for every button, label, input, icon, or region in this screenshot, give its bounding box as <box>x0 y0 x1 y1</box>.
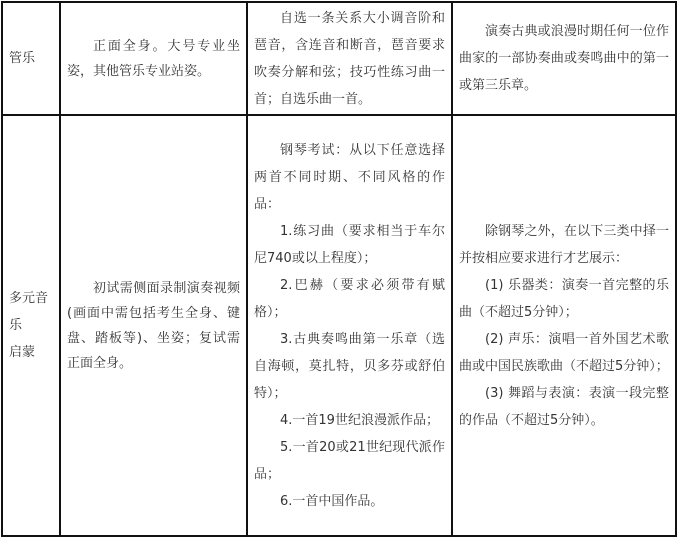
repertoire-item-1: 1.练习曲（要求相当于车尔尼740或以上程度）； <box>254 218 445 272</box>
talent-show-intro: 除钢琴之外，在以下三类中择一并按相应要求进行才艺展示： <box>459 218 669 272</box>
exam-requirements-table: 管乐 正面全身。大号专业坐姿，其他管乐专业站姿。 自选一条关系大小调音阶和琶音，… <box>1 1 677 537</box>
category-cell: 多元音 乐 启蒙 <box>2 115 60 536</box>
document-frame: 管乐 正面全身。大号专业坐姿，其他管乐专业站姿。 自选一条关系大小调音阶和琶音，… <box>0 0 677 538</box>
additional-requirements-cell: 除钢琴之外，在以下三类中择一并按相应要求进行才艺展示： (1) 乐器类：演奏一首… <box>452 115 676 536</box>
category-label-line-2: 乐 <box>9 312 53 339</box>
repertoire-item-3: 3.古典奏鸣曲第一乐章（选自海顿，莫扎特，贝多芬或舒伯特）； <box>254 326 445 407</box>
talent-option-vocal: (2) 声乐：演唱一首外国艺术歌曲或中国民族歌曲（不超过5分钟）； <box>459 326 669 380</box>
repertoire-item-2: 2.巴赫（要求必须带有赋格）； <box>254 272 445 326</box>
repertoire-cell: 自选一条关系大小调音阶和琶音，含连音和断音，琶音要求吹奏分解和弦；技巧性练习曲一… <box>247 2 452 115</box>
repertoire-text: 自选一条关系大小调音阶和琶音，含连音和断音，琶音要求吹奏分解和弦；技巧性练习曲一… <box>254 5 445 113</box>
talent-option-instrument: (1) 乐器类：演奏一首完整的乐曲（不超过5分钟）； <box>459 272 669 326</box>
category-label-line-1: 多元音 <box>9 285 53 312</box>
video-requirements-text: 初试需侧面录制演奏视频(画面中需包括考生全身、键盘、踏板等)、坐姿；复试需正面全… <box>67 276 240 376</box>
talent-option-dance: (3) 舞蹈与表演：表演一段完整的作品（不超过5分钟）。 <box>459 380 669 434</box>
category-cell: 管乐 <box>2 2 60 115</box>
video-requirements-text: 正面全身。大号专业坐姿，其他管乐专业站姿。 <box>67 34 240 84</box>
category-label: 管乐 <box>9 45 53 72</box>
repertoire-cell: 钢琴考试：从以下任意选择两首不同时期、不同风格的作品： 1.练习曲（要求相当于车… <box>247 115 452 536</box>
repertoire-item-4: 4.一首19世纪浪漫派作品； <box>254 407 445 434</box>
additional-requirements-text: 演奏古典或浪漫时期任何一位作曲家的一部协奏曲或奏鸣曲中的第一或第三乐章。 <box>459 18 669 99</box>
repertoire-item-6: 6.一首中国作品。 <box>254 488 445 515</box>
table-row-multicultural-music: 多元音 乐 启蒙 初试需侧面录制演奏视频(画面中需包括考生全身、键盘、踏板等)、… <box>2 115 676 536</box>
category-label-line-3: 启蒙 <box>9 339 53 366</box>
piano-exam-intro: 钢琴考试：从以下任意选择两首不同时期、不同风格的作品： <box>254 137 445 218</box>
additional-requirements-cell: 演奏古典或浪漫时期任何一位作曲家的一部协奏曲或奏鸣曲中的第一或第三乐章。 <box>452 2 676 115</box>
video-requirements-cell: 正面全身。大号专业坐姿，其他管乐专业站姿。 <box>60 2 247 115</box>
repertoire-item-5: 5.一首20或21世纪现代派作品； <box>254 434 445 488</box>
table-row-brass: 管乐 正面全身。大号专业坐姿，其他管乐专业站姿。 自选一条关系大小调音阶和琶音，… <box>2 2 676 115</box>
video-requirements-cell: 初试需侧面录制演奏视频(画面中需包括考生全身、键盘、踏板等)、坐姿；复试需正面全… <box>60 115 247 536</box>
